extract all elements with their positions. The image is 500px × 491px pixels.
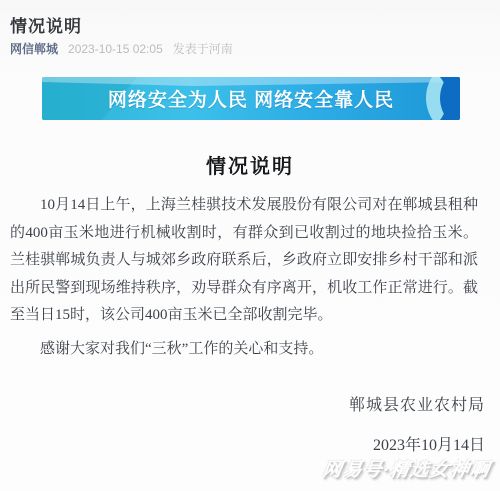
account-name-link[interactable]: 网信郸城 (10, 40, 58, 57)
publish-timestamp: 2023-10-15 02:05 (68, 42, 163, 56)
document-heading: 情况说明 (0, 150, 500, 179)
netease-watermark: 网易号·精选女神啊 (320, 455, 492, 482)
issuing-authority-signature: 郸城县农业农村局 (349, 392, 485, 415)
document-body: 10月14日上午，上海兰桂骐技术发展股份有限公司对在郸城县租种的400亩玉米地进… (10, 192, 478, 370)
publish-location: 发表于河南 (173, 40, 233, 57)
page-title: 情况说明 (10, 12, 82, 37)
body-paragraph: 感谢大家对我们“三秋”工作的关心和支持。 (10, 336, 478, 364)
document-date: 2023年10月14日 (373, 432, 485, 455)
article-meta: 网信郸城 2023-10-15 02:05 发表于河南 (10, 40, 233, 57)
article-page: { "page": { "bg_color": "#fbfbfb", "titl… (0, 0, 500, 491)
body-paragraph: 10月14日上午，上海兰桂骐技术发展股份有限公司对在郸城县租种的400亩玉米地进… (10, 192, 478, 330)
security-slogan-banner: 网络安全为人民 网络安全靠人民 (42, 77, 460, 120)
banner-slogan-text: 网络安全为人民 网络安全靠人民 (42, 77, 460, 120)
